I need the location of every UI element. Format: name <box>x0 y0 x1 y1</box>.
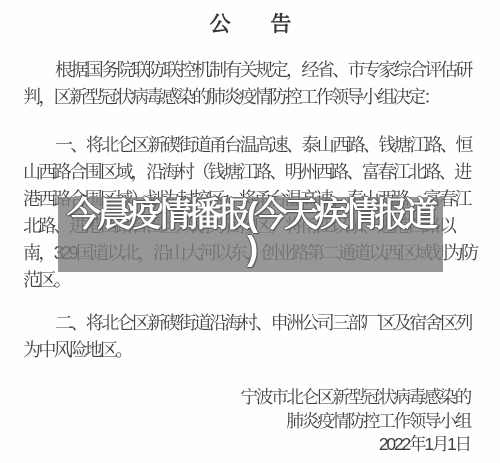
watermark-text-line-1: 今晨疫情播报(今天疾情报道 <box>67 197 434 233</box>
watermark-text-line-2: ) <box>247 231 254 267</box>
signature-org-line-1: 宁波市北仑区新型冠状病毒感染的 <box>23 386 470 410</box>
signature-date: 2022年1月1日 <box>23 433 470 457</box>
announcement-title: 公 告 <box>23 13 478 37</box>
item-one-line-1: 一、将北仑区新碶街道甬台温高速、泰山西路、钱塘江路、恒 <box>23 132 478 159</box>
item-one-line-2: 山西路合围区域，沿海村（钱塘江路、明州西路、富春江北路、进 <box>23 159 478 186</box>
item-two-paragraph: 二、将北仑区新碶街道沿海村、申洲公司三部厂区及宿舍区列 为中风险地区。 <box>23 310 478 364</box>
intro-paragraph: 根据国务院联防联控机制有关规定，经省、市专家综合评估研 判，区新型冠状病毒感染的… <box>23 57 478 111</box>
item-two-line-1: 二、将北仑区新碶街道沿海村、申洲公司三部厂区及宿舍区列 <box>23 310 478 337</box>
intro-line-1: 根据国务院联防联控机制有关规定，经省、市专家综合评估研 <box>23 57 478 84</box>
signature-org-line-2: 肺炎疫情防控工作领导小组 <box>23 410 470 434</box>
announcement-document: 公 告 根据国务院联防联控机制有关规定，经省、市专家综合评估研 判，区新型冠状病… <box>0 0 500 463</box>
item-two-line-2: 为中风险地区。 <box>23 337 478 364</box>
intro-line-2: 判，区新型冠状病毒感染的肺炎疫情防控工作领导小组决定： <box>23 84 478 111</box>
signature-block: 宁波市北仑区新型冠状病毒感染的 肺炎疫情防控工作领导小组 2022年1月1日 <box>23 386 478 457</box>
watermark-overlay-banner: 今晨疫情播报(今天疾情报道 ) <box>58 197 443 272</box>
